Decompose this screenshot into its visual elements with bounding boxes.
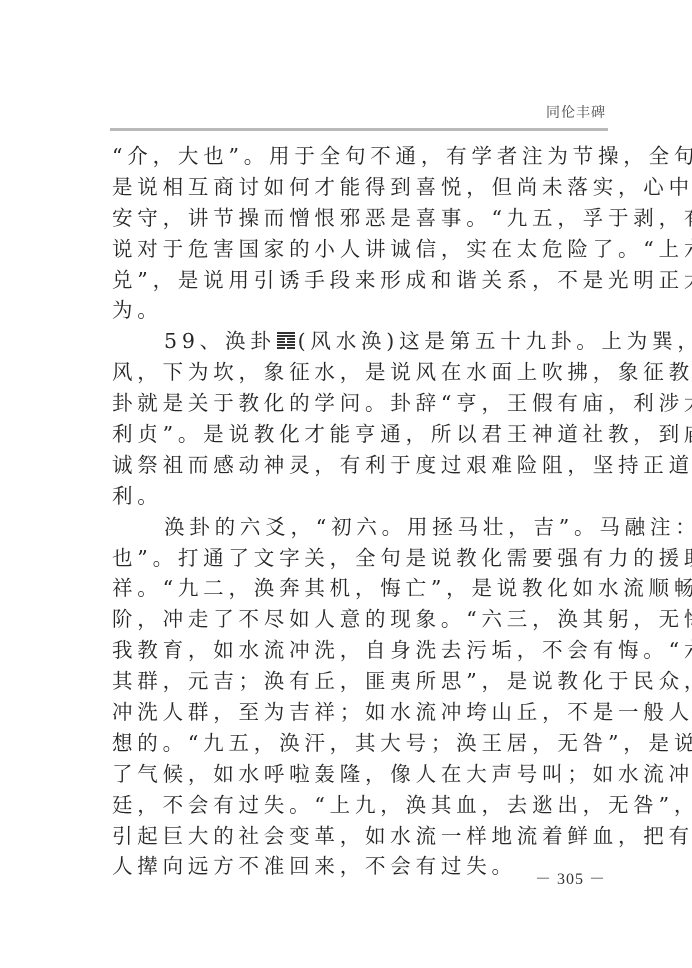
text-line: 其群，元吉；涣有丘，匪夷所思”，是说教化于民众，如水流 (112, 666, 610, 697)
text-line: 也”。打通了文字关，全句是说教化需要强有力的援助，吉 (112, 543, 610, 574)
text-line: 诚祭祖而感动神灵，有利于度过艰难险阻，坚持正道才有 (112, 450, 610, 481)
paragraph-2: 59、涣卦(风水涣)这是第五十九卦。上为巽，象征 风，下为坎，象征水，是说风在水… (112, 326, 610, 511)
text-segment: (风水涣)这是第五十九卦。上为巽，象征 (298, 329, 692, 353)
text-line: 为。 (112, 295, 610, 326)
text-line: 安守，讲节操而憎恨邪恶是喜事。“九五，孚于剥，有厉”，是 (112, 203, 610, 234)
book-page: 同伦丰碑 “介，大也”。用于全句不通，有学者注为节操，全句方通， 是说相互商讨如… (0, 0, 692, 968)
header-rule (110, 128, 608, 131)
text-line: 说对于危害国家的小人讲诚信，实在太危险了。“上六，引 (112, 234, 610, 265)
text-line: 阶，冲走了不尽如人意的现象。“六三，涣其躬，无悔”，是自 (112, 604, 610, 635)
text-line: 冲洗人群，至为吉祥；如水流冲垮山丘，不是一般人所能设 (112, 697, 610, 728)
hexagram-huan-icon (277, 332, 295, 350)
page-number: － 305 － (535, 866, 606, 889)
text-line: 我教育，如水流冲洗，自身洗去污垢，不会有悔。“六四，涣 (112, 635, 610, 666)
text-line: 利贞”。是说教化才能亨通，所以君王神道社教，到庙里虔 (112, 419, 610, 450)
text-line: 涣卦的六爻，“初六。用拯马壮，吉”。马融注：“拯，举 (112, 512, 610, 543)
text-line: 引起巨大的社会变革，如水流一样地流着鲜血，把有罪的 (112, 821, 610, 852)
text-line: 了气候，如水呼啦轰隆，像人在大声号叫；如水流冲洗着宫 (112, 759, 610, 790)
section-number-lead: 59、涣卦 (164, 329, 276, 353)
text-line: 祥。“九二，涣奔其机，悔亡”，是说教化如水流顺畅，直奔台 (112, 573, 610, 604)
text-line: “介，大也”。用于全句不通，有学者注为节操，全句方通， (112, 141, 610, 172)
text-line: 利。 (112, 481, 610, 512)
text-line: 风，下为坎，象征水，是说风在水面上吹拂，象征教化。涣 (112, 357, 610, 388)
text-line: 是说相互商讨如何才能得到喜悦，但尚未落实，心中未能 (112, 172, 610, 203)
paragraph-3: 涣卦的六爻，“初六。用拯马壮，吉”。马融注：“拯，举 也”。打通了文字关，全句是… (112, 512, 610, 883)
paragraph-1: “介，大也”。用于全句不通，有学者注为节操，全句方通， 是说相互商讨如何才能得到… (112, 141, 610, 326)
text-line-with-hexagram: 59、涣卦(风水涣)这是第五十九卦。上为巽，象征 (112, 326, 610, 357)
text-line: 想的。“九五，涣汗，其大号；涣王居，无咎”，是说教化形成 (112, 728, 610, 759)
running-head-title: 同伦丰碑 (546, 102, 606, 122)
body-text: “介，大也”。用于全句不通，有学者注为节操，全句方通， 是说相互商讨如何才能得到… (112, 141, 610, 882)
text-line: 兑”，是说用引诱手段来形成和谐关系，不是光明正大的行 (112, 265, 610, 296)
text-line: 廷，不会有过失。“上九，涣其血，去逖出，无咎”，是说教化 (112, 790, 610, 821)
text-line: 卦就是关于教化的学问。卦辞“亨，王假有庙，利涉大川， (112, 388, 610, 419)
